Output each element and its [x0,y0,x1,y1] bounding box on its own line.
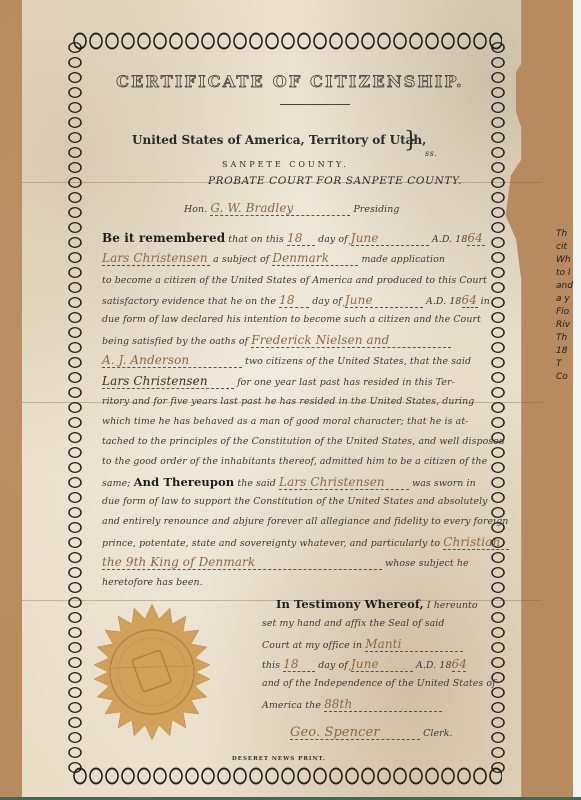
note-line: a y [556,293,580,306]
note-line: Th [556,228,580,241]
body-line-10: which time he has behaved as a man of go… [102,416,487,427]
sovereign-title: the 9th King of Denmark [102,556,382,570]
body-line-11: tached to the principles of the Constitu… [102,436,487,447]
text: was sworn in [412,478,476,489]
year-field: 64 [452,658,466,672]
ornamental-border-top [72,30,502,52]
text: America the [262,700,321,711]
month-field: June [351,232,429,246]
body-line-9: ritory and for five years last past he h… [102,396,487,407]
title-divider [280,104,350,105]
note-line: to l [556,267,580,280]
applicant-name: Lars Christensen [102,252,210,266]
body-line-3: to become a citizen of the United States… [102,275,487,286]
witness-2: A. J. Anderson [102,354,242,368]
day-field: 18 [283,658,315,672]
judge-name: G. W. Bradley [210,202,350,216]
country-field: Denmark [272,252,358,266]
note-line: Th [556,332,580,345]
body-line-15: and entirely renounce and abjure forever… [102,516,487,527]
court-heading: PROBATE COURT FOR SANPETE COUNTY. [208,175,462,187]
year-field: 64 [462,294,478,308]
clerk-label: Clerk. [423,728,452,739]
text: this [262,660,280,671]
in-testimony-whereof: In Testimony Whereof, [276,597,424,611]
clerk-signature: Geo. Spencer [290,726,420,740]
note-line: 18 [556,345,580,358]
witness-1: Frederick Nielsen and [251,334,451,348]
body-line-2: Lars Christensen a subject of Denmark ma… [102,252,487,266]
certificate-title: CERTIFICATE OF CITIZENSHIP. [100,72,480,91]
note-line: Riv [556,319,580,332]
day-field: 18 [287,232,315,246]
text: for one year last past has resided in th… [237,377,455,388]
gold-seal-icon [82,602,222,742]
note-line: T [556,358,580,371]
body-line-5: due form of law declared his intention t… [102,314,487,325]
body-line-17: the 9th King of Denmark whose subject he [102,556,487,570]
text: I hereunto [427,600,478,611]
text: A.D. 18 [432,234,468,245]
and-thereupon: And Thereupon [134,475,235,489]
text: that on this [228,234,284,245]
text: a subject of [213,254,269,265]
note-line: Co [556,371,580,384]
jurisdiction-heading: United States of America, Territory of U… [132,133,426,147]
testimony-line-1: In Testimony Whereof, I hereunto [276,597,478,611]
testimony-line-2: set my hand and affix the Seal of said [262,618,445,629]
clerk-signature-line: Geo. Spencer Clerk. [290,726,453,740]
page-edge [573,0,581,800]
office-place: Manti [365,638,463,652]
ornamental-border-bottom [72,765,502,787]
be-it-remembered: Be it remembered [102,231,225,245]
body-line-8: Lars Christensen for one year last past … [102,375,487,389]
ornamental-border-right [487,40,509,775]
testimony-line-5: and of the Independence of the United St… [262,678,496,689]
sovereign-name: Christian [443,536,509,550]
text: A.D. 18 [416,660,452,671]
text: two citizens of the United States, that … [245,356,471,367]
applicant-name: Lars Christensen [279,476,409,490]
text: satisfactory evidence that he on the [102,296,276,307]
applicant-name: Lars Christensen [102,375,234,389]
venue-abbrev: ss. [425,149,438,158]
hon-prefix: Hon. [184,204,207,215]
note-line: and [556,280,580,293]
text: being satisfied by the oaths of [102,336,248,347]
text: day of [312,296,342,307]
text: A.D. 18 [426,296,462,307]
testimony-line-6: America the 88th [262,698,442,712]
independence-year: 88th [324,698,442,712]
testimony-line-3: Court at my office in Manti [262,638,463,652]
month-field: June [345,294,423,308]
day-field: 18 [279,294,309,308]
text: prince, potentate, state and sovereignty… [102,538,440,549]
text: whose subject he [385,558,469,569]
month-field: June [351,658,413,672]
text: the said [237,478,276,489]
note-line: Flo [556,306,580,319]
note-line: Wh [556,254,580,267]
body-line-16: prince, potentate, state and sovereignty… [102,536,487,550]
text: in [481,296,490,307]
margin-note: Th cit Wh to l and a y Flo Riv Th 18 T C… [556,228,580,384]
testimony-line-4: this 18 day of June A.D. 1864 [262,658,466,672]
text: day of [318,234,348,245]
text: same; [102,478,131,489]
body-line-7: A. J. Anderson two citizens of the Unite… [102,354,487,368]
body-line-4: satisfactory evidence that he on the 18 … [102,294,487,308]
brace-symbol: } [404,128,418,153]
body-line-12: to the good order of the inhabitants the… [102,456,487,467]
note-line: cit [556,241,580,254]
text: Court at my office in [262,640,362,651]
printer-imprint: DESERET NEWS PRINT. [232,756,326,762]
body-line-18: heretofore has been. [102,577,487,588]
body-line-14: due form of law to support the Constitut… [102,496,487,507]
body-line-6: being satisfied by the oaths of Frederic… [102,334,487,348]
presiding-line: Hon. G. W. Bradley Presiding [184,202,400,216]
county-heading: SANPETE COUNTY. [222,160,349,169]
body-line-1: Be it remembered that on this 18 day of … [102,231,487,246]
text: day of [318,660,348,671]
presiding-suffix: Presiding [353,204,399,215]
text: made application [361,254,445,265]
year-field: 64 [467,232,485,246]
body-line-13: same; And Thereupon the said Lars Christ… [102,475,487,490]
